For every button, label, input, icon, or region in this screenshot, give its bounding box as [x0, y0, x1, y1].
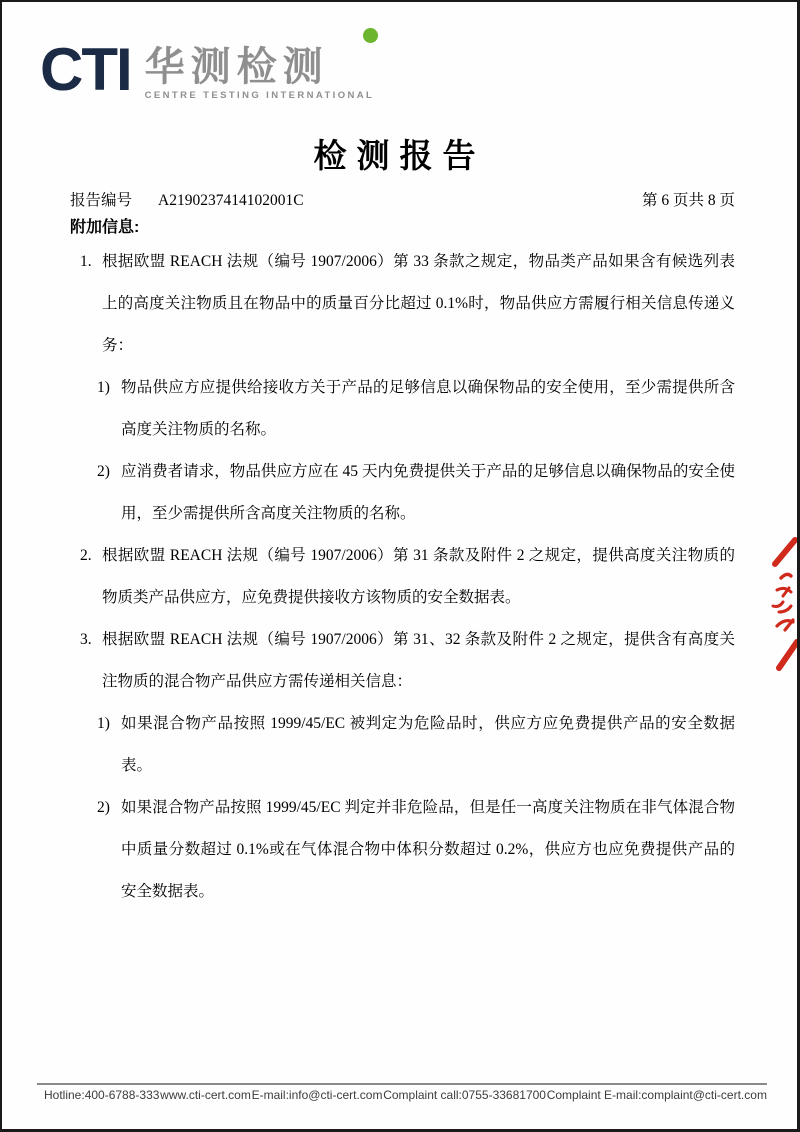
item-number: 2) — [97, 787, 110, 829]
page-number: 第 6 页共 8 页 — [642, 188, 735, 210]
list-item: 3.根据欧盟 REACH 法规（编号 1907/2006）第 31、32 条款及… — [70, 619, 735, 703]
report-page: CTI 华测检测 CENTRE TESTING INTERNATIONAL 检测… — [0, 0, 800, 1132]
report-meta-row: 报告编号A2190237414102001C 第 6 页共 8 页 — [70, 188, 735, 210]
cti-acronym: CTI — [40, 28, 131, 100]
report-number-group: 报告编号A2190237414102001C — [70, 188, 304, 210]
item-text: 如果混合物产品按照 1999/45/EC 判定并非危险品，但是任一高度关注物质在… — [121, 799, 735, 900]
list-item: 1.根据欧盟 REACH 法规（编号 1907/2006）第 33 条款之规定，… — [70, 241, 735, 367]
footer-complaint-email: Complaint E-mail:complaint@cti-cert.com — [547, 1088, 767, 1102]
footer-email: E-mail:info@cti-cert.com — [252, 1088, 383, 1102]
item-number: 3. — [80, 619, 92, 661]
item-text: 物品供应方应提供给接收方关于产品的足够信息以确保物品的安全使用，至少需提供所含高… — [121, 379, 735, 438]
report-number-value: A2190237414102001C — [158, 192, 304, 209]
footer-complaint-call: Complaint call:0755-33681700 — [383, 1088, 546, 1102]
footer-divider — [37, 1083, 767, 1085]
list-subitem: 1)如果混合物产品按照 1999/45/EC 被判定为危险品时，供应方应免费提供… — [70, 703, 735, 787]
green-dot-icon — [363, 28, 378, 43]
item-number: 1) — [97, 367, 110, 409]
additional-info-heading: 附加信息: — [70, 214, 139, 242]
cti-logo: CTI 华测检测 CENTRE TESTING INTERNATIONAL — [40, 28, 374, 101]
page-title: 检测报告 — [2, 130, 797, 177]
list-subitem: 2)应消费者请求，物品供应方应在 45 天内免费提供关于产品的足够信息以确保物品… — [70, 451, 735, 535]
logo-english-name: CENTRE TESTING INTERNATIONAL — [145, 90, 375, 101]
item-number: 1) — [97, 703, 110, 745]
item-text: 根据欧盟 REACH 法规（编号 1907/2006）第 31 条款及附件 2 … — [102, 547, 735, 606]
item-number: 2. — [80, 535, 92, 577]
item-number: 1. — [80, 241, 92, 283]
logo-chinese-name: 华测检测 — [145, 46, 375, 88]
footer-hotline: Hotline:400-6788-333 — [44, 1088, 159, 1102]
additional-info-list: 1.根据欧盟 REACH 法规（编号 1907/2006）第 33 条款之规定，… — [70, 241, 735, 913]
list-item: 2.根据欧盟 REACH 法规（编号 1907/2006）第 31 条款及附件 … — [70, 535, 735, 619]
item-number: 2) — [97, 451, 110, 493]
footer-website: www.cti-cert.com — [160, 1088, 251, 1102]
red-stamp-mark — [757, 534, 800, 674]
item-text: 根据欧盟 REACH 法规（编号 1907/2006）第 31、32 条款及附件… — [102, 631, 735, 690]
logo-names: 华测检测 CENTRE TESTING INTERNATIONAL — [145, 46, 375, 101]
list-subitem: 2)如果混合物产品按照 1999/45/EC 判定并非危险品，但是任一高度关注物… — [70, 787, 735, 913]
footer: Hotline:400-6788-333 www.cti-cert.com E-… — [44, 1088, 767, 1102]
item-text: 根据欧盟 REACH 法规（编号 1907/2006）第 33 条款之规定，物品… — [102, 253, 735, 354]
item-text: 应消费者请求，物品供应方应在 45 天内免费提供关于产品的足够信息以确保物品的安… — [121, 463, 735, 522]
list-subitem: 1)物品供应方应提供给接收方关于产品的足够信息以确保物品的安全使用，至少需提供所… — [70, 367, 735, 451]
report-number-label: 报告编号 — [70, 192, 132, 209]
item-text: 如果混合物产品按照 1999/45/EC 被判定为危险品时，供应方应免费提供产品… — [121, 715, 735, 774]
